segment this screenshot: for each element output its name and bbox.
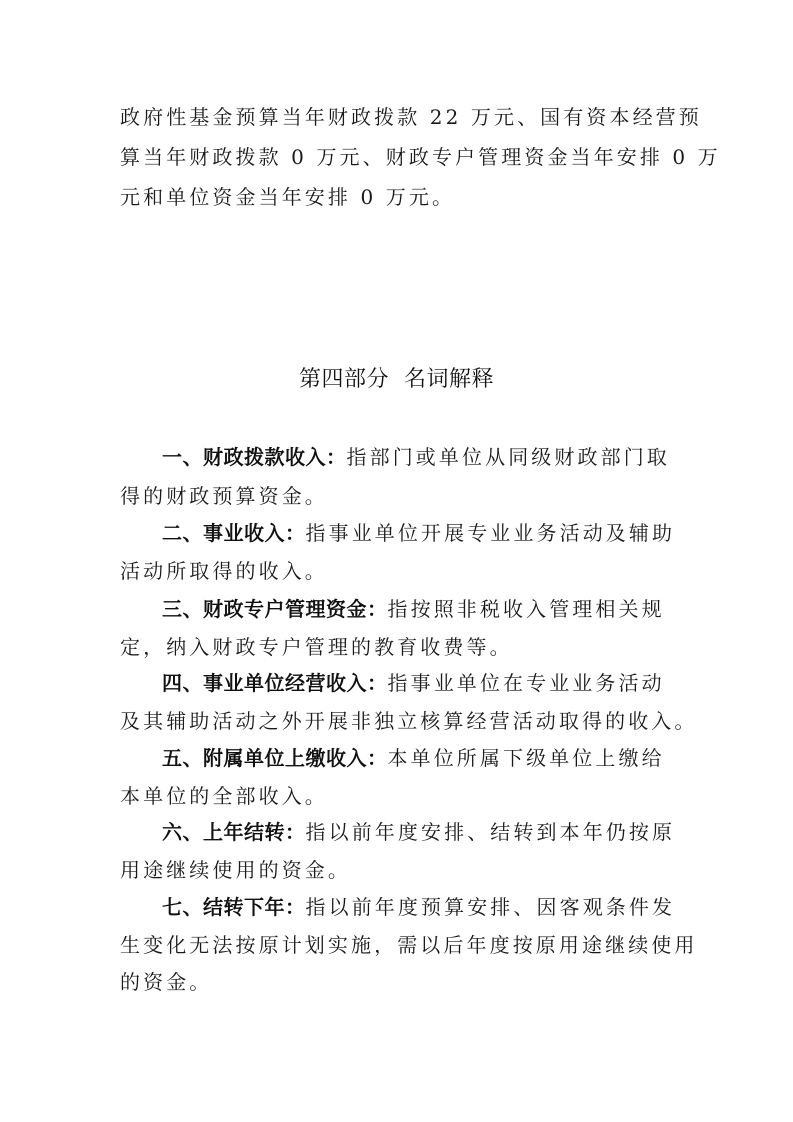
definition-continuation: 的资金。: [120, 969, 680, 995]
definition-continuation: 生变化无法按原计划实施，需以后年度按原用途继续使用: [120, 932, 680, 958]
definition-text: 指以前年度安排、结转到本年仍按原: [306, 820, 676, 844]
definition-continuation: 用途继续使用的资金。: [120, 857, 680, 883]
definition-continuation: 本单位的全部收入。: [120, 783, 680, 809]
section-title: 第四部分 名词解释: [0, 366, 793, 394]
definition-operating-income: 四、事业单位经营收入：指事业单位在专业业务活动: [162, 670, 680, 696]
definition-special-account-funds: 三、财政专户管理资金：指按照非税收入管理相关规: [162, 596, 680, 622]
definition-business-income: 二、事业收入：指事业单位开展专业业务活动及辅助: [162, 520, 680, 546]
definition-prior-year-carryover: 六、上年结转：指以前年度安排、结转到本年仍按原: [162, 819, 680, 845]
definition-term: 一、财政拨款收入：: [162, 445, 347, 469]
definition-continuation: 活动所取得的收入。: [120, 558, 680, 584]
intro-line-1: 政府性基金预算当年财政拨款 22 万元、国有资本经营预: [120, 104, 680, 130]
definition-text: 指以前年度预算安排、因客观条件发: [306, 895, 676, 919]
definition-term: 五、附属单位上缴收入：: [162, 746, 388, 770]
definition-continuation: 及其辅助活动之外开展非独立核算经营活动取得的收入。: [120, 708, 680, 734]
definition-term: 七、结转下年：: [162, 895, 306, 919]
definition-text: 本单位所属下级单位上缴给: [388, 746, 665, 770]
definition-term: 三、财政专户管理资金：: [162, 597, 388, 621]
document-page: 政府性基金预算当年财政拨款 22 万元、国有资本经营预 算当年财政拨款 0 万元…: [0, 0, 793, 1122]
definition-text: 指部门或单位从同级财政部门取: [347, 445, 670, 469]
definition-continuation: 定，纳入财政专户管理的教育收费等。: [120, 634, 680, 660]
definition-term: 二、事业收入：: [162, 521, 306, 545]
definition-term: 六、上年结转：: [162, 820, 306, 844]
definition-subsidiary-remittance: 五、附属单位上缴收入：本单位所属下级单位上缴给: [162, 745, 680, 771]
intro-line-2: 算当年财政拨款 0 万元、财政专户管理资金当年安排 0 万: [120, 144, 680, 170]
definition-financial-appropriation: 一、财政拨款收入：指部门或单位从同级财政部门取: [162, 444, 680, 470]
definition-term: 四、事业单位经营收入：: [162, 671, 388, 695]
definition-continuation: 得的财政预算资金。: [120, 483, 680, 509]
definition-text: 指事业单位开展专业业务活动及辅助: [306, 521, 676, 545]
definition-text: 指事业单位在专业业务活动: [388, 671, 665, 695]
definition-text: 指按照非税收入管理相关规: [388, 597, 665, 621]
intro-line-3: 元和单位资金当年安排 0 万元。: [120, 184, 680, 210]
definition-carryover-next-year: 七、结转下年：指以前年度预算安排、因客观条件发: [162, 894, 680, 920]
